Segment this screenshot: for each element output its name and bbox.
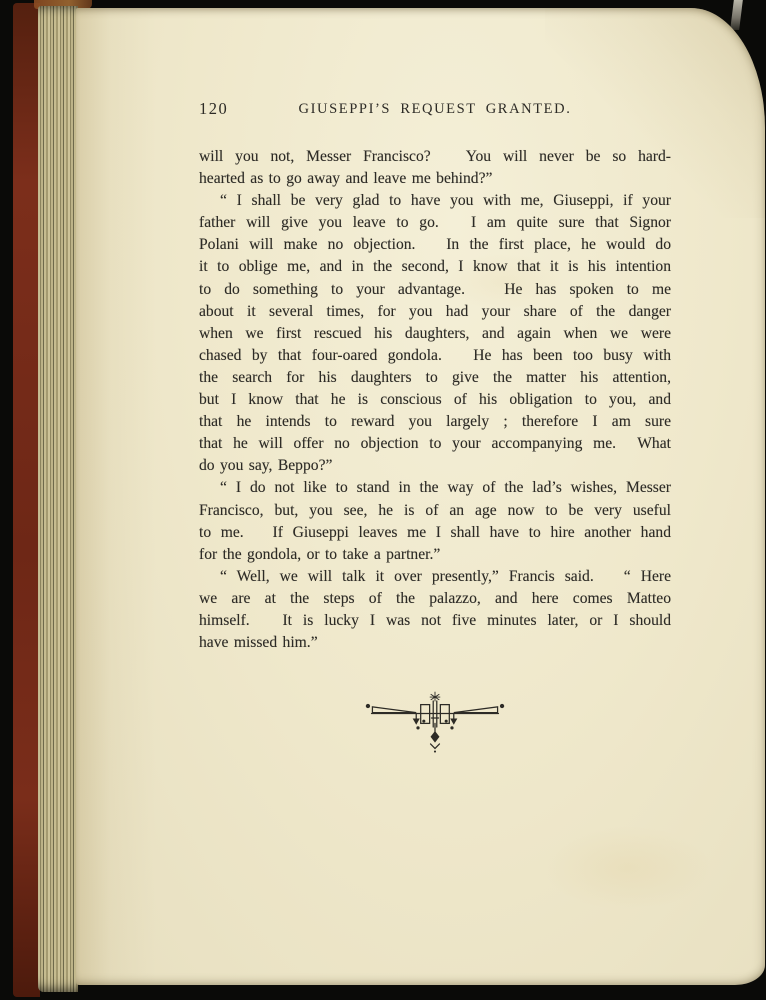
- text-line: for the gondola, or to take a partner.”: [199, 544, 671, 566]
- text-line: to me. If Giuseppi leaves me I shall hav…: [199, 522, 671, 544]
- background-page-sliver: [730, 0, 743, 30]
- text-line: do you say, Beppo?”: [199, 455, 671, 477]
- paragraph: will you not, Messer Francisco? You will…: [199, 146, 671, 190]
- text-line: Polani will make no objection. In the fi…: [199, 234, 671, 256]
- text-line: Francisco, but, you see, he is of an age…: [199, 500, 671, 522]
- text-line: that he will offer no objection to your …: [199, 433, 671, 455]
- text-line: will you not, Messer Francisco? You will…: [199, 146, 671, 168]
- text-line: father will give you leave to go. I am q…: [199, 212, 671, 234]
- text-line: chased by that four-oared gondola. He ha…: [199, 345, 671, 367]
- text-line: about it several times, for you had your…: [199, 301, 671, 323]
- printed-text-area: 120 GIUSEPPI’S REQUEST GRANTED. will you…: [199, 99, 671, 759]
- text-line: have missed him.”: [199, 632, 671, 654]
- tailpiece-ornament-icon: [199, 691, 671, 759]
- text-line: that he intends to reward you largely ; …: [199, 411, 671, 433]
- text-line: but I know that he is conscious of his o…: [199, 389, 671, 411]
- text-line: hearted as to go away and leave me behin…: [199, 168, 671, 190]
- paragraph: “ I do not like to stand in the way of t…: [199, 477, 671, 565]
- text-line: to do something to your advantage. He ha…: [199, 279, 671, 301]
- text-line: the search for his daughters to give the…: [199, 367, 671, 389]
- page-edges: [38, 6, 78, 992]
- text-line: “ Well, we will talk it over presently,”…: [199, 566, 671, 588]
- page-number: 120: [199, 99, 228, 119]
- text-line: it to oblige me, and in the second, I kn…: [199, 256, 671, 278]
- text-line: we are at the steps of the palazzo, and …: [199, 588, 671, 610]
- paragraph: “ Well, we will talk it over presently,”…: [199, 566, 671, 654]
- text-line: when we first rescued his daughters, and…: [199, 323, 671, 345]
- page-header: 120 GIUSEPPI’S REQUEST GRANTED.: [199, 99, 671, 119]
- paragraph: “ I shall be very glad to have you with …: [199, 190, 671, 477]
- body-text: will you not, Messer Francisco? You will…: [199, 146, 671, 654]
- running-head: GIUSEPPI’S REQUEST GRANTED.: [299, 101, 572, 117]
- text-line: “ I do not like to stand in the way of t…: [199, 477, 671, 499]
- text-line: “ I shall be very glad to have you with …: [199, 190, 671, 212]
- text-line: himself. It is lucky I was not five minu…: [199, 610, 671, 632]
- book-spine: [13, 3, 40, 997]
- book-page: 120 GIUSEPPI’S REQUEST GRANTED. will you…: [76, 8, 765, 985]
